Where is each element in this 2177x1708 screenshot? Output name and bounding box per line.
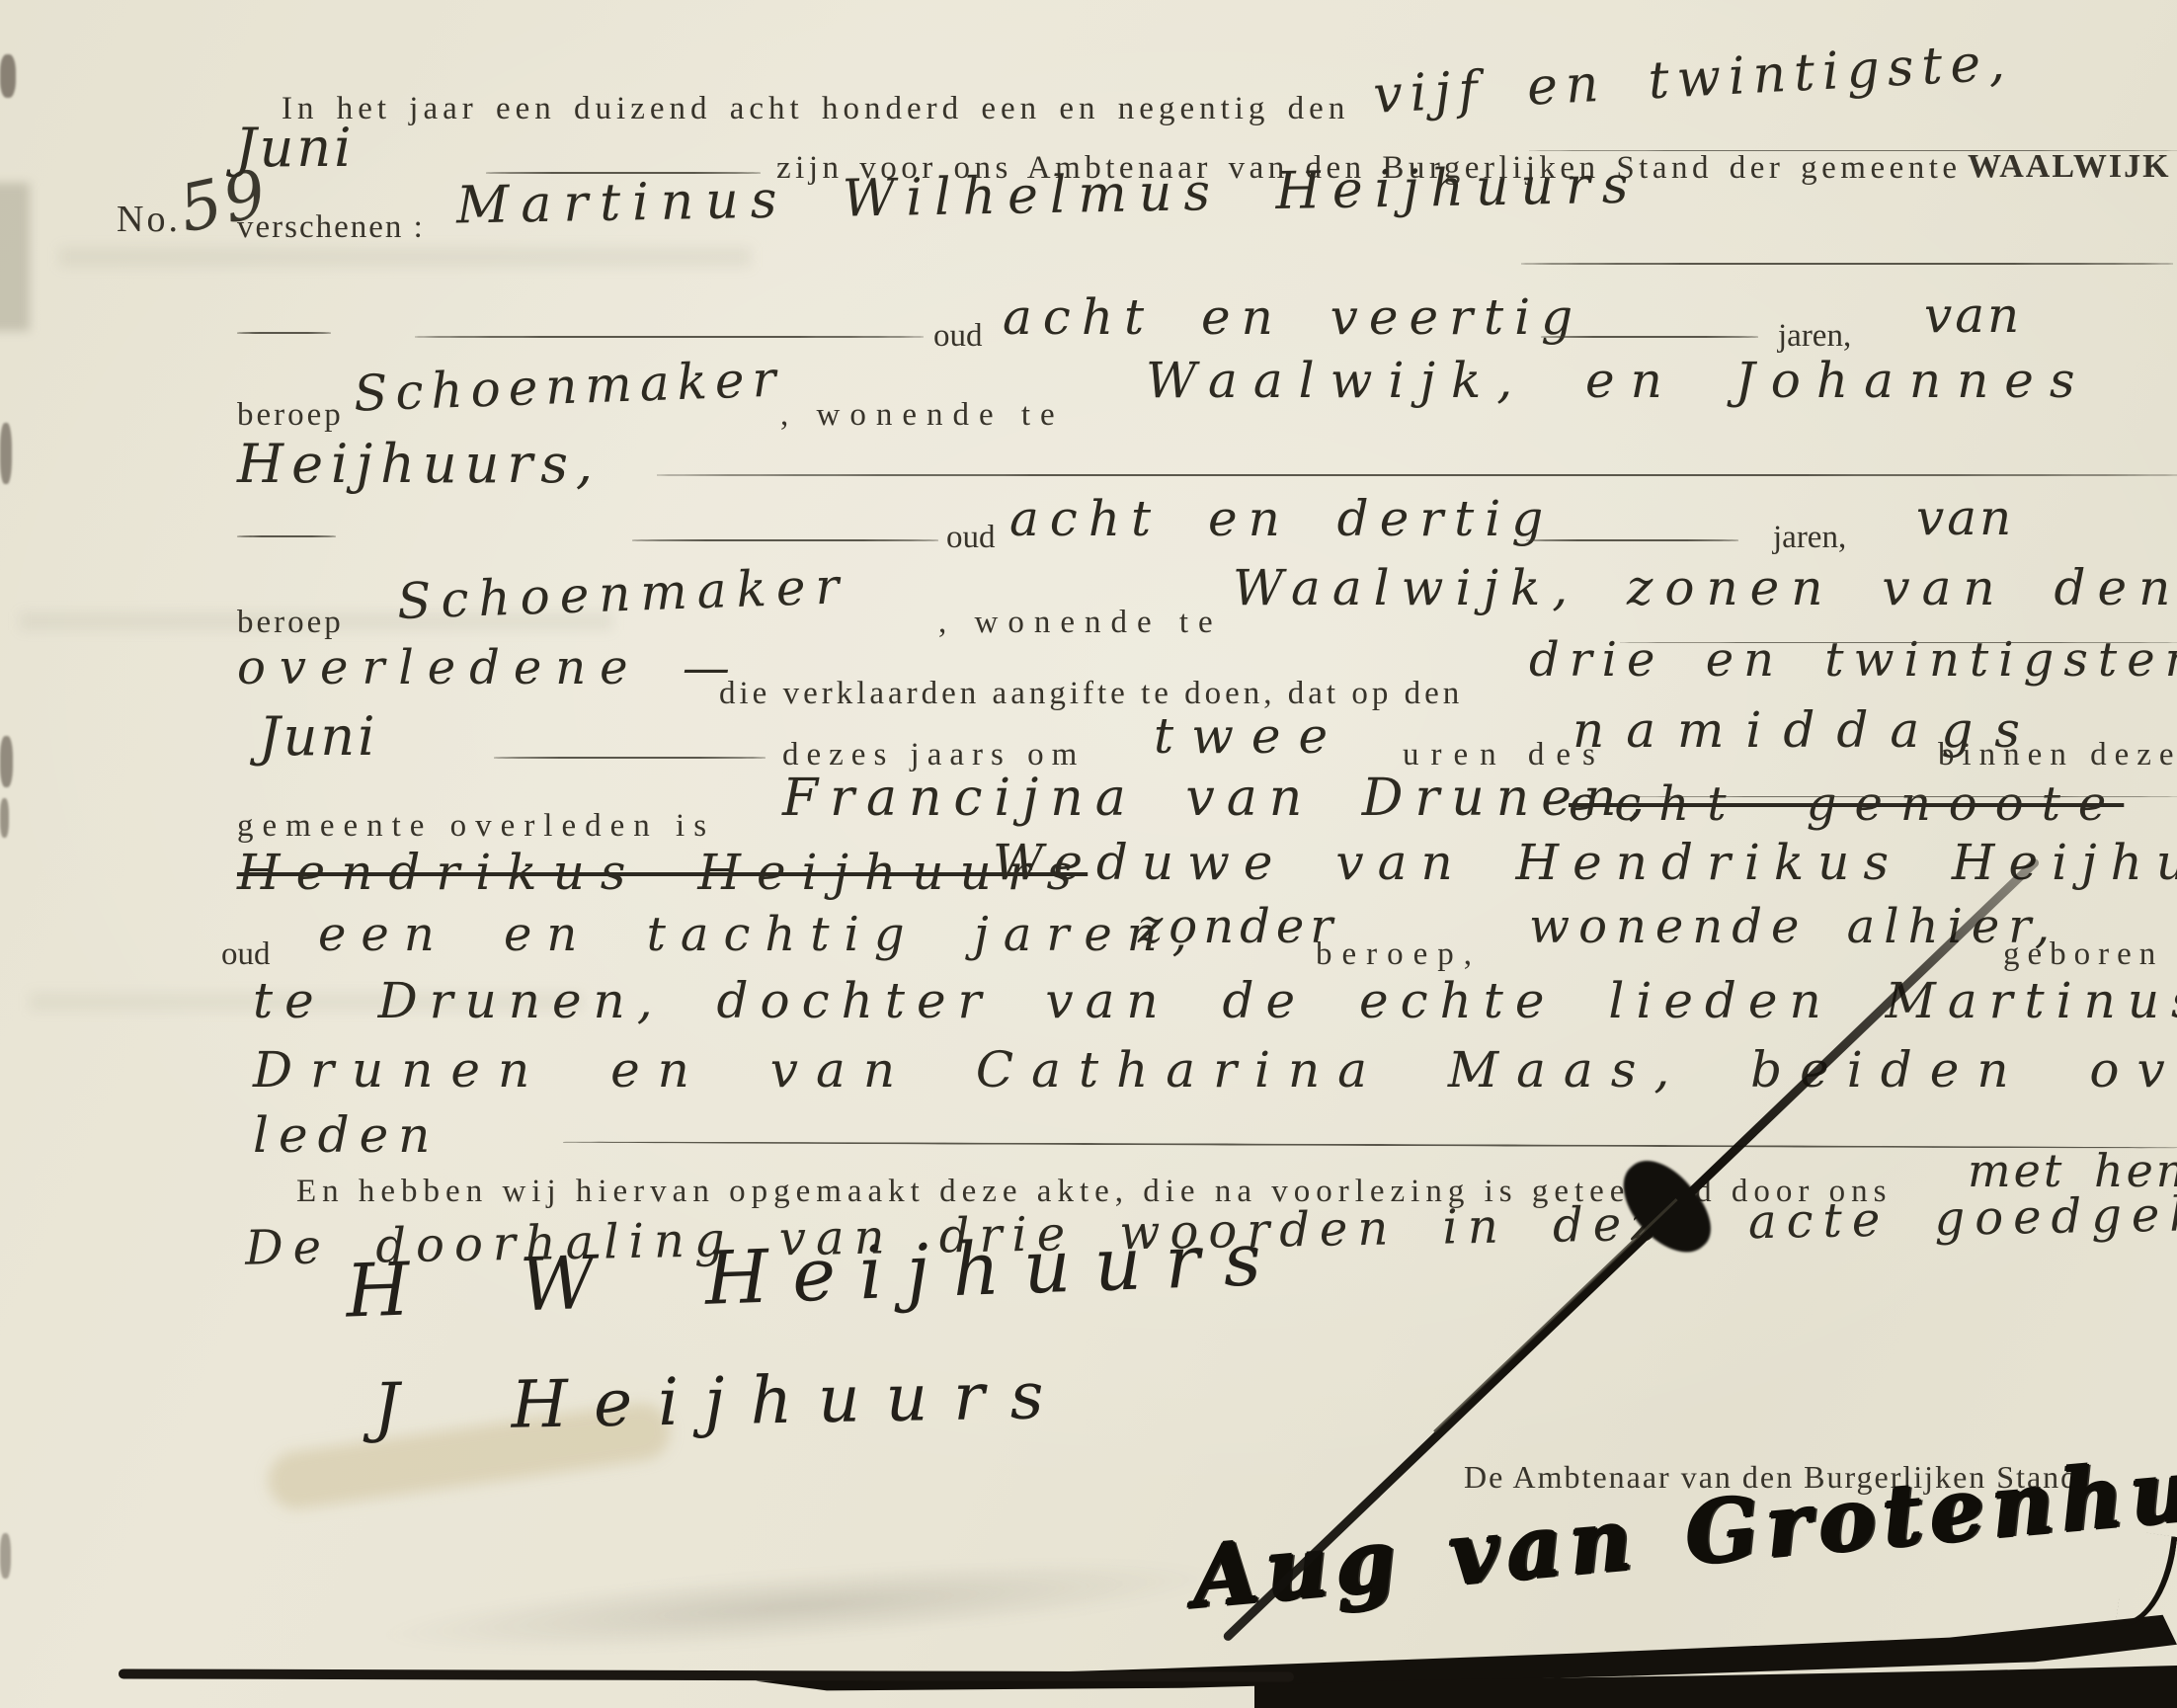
declaration-phrase-printed: die verklaarden aangifte te doen, dat op… [719, 676, 1463, 712]
month-written: Juni [235, 117, 354, 179]
fill-line [563, 1141, 2177, 1149]
death-day-written: drie en twintigsten [1529, 632, 2177, 688]
age-label-printed: oud [933, 318, 983, 355]
widow-phrase-written: Weduwe van Hendrikus Heijhuurs [993, 834, 2177, 891]
age-label-printed: oud [946, 520, 996, 556]
within-this-printed: binnen deze [1938, 737, 2177, 773]
death-month-written: Juni [259, 705, 377, 768]
deceased-age-written: een en tachtig jaren, [318, 907, 1202, 962]
declarant2-signature: J Heijhuurs [372, 1357, 1070, 1445]
deceased-suffix-written: leden [253, 1106, 440, 1164]
residing-label-printed: , wonende te [938, 605, 1223, 641]
occupation-label-printed: beroep [237, 397, 344, 434]
death-certificate-page: No. 59 In het jaar een duizend acht hond… [0, 0, 2177, 1708]
declarant2-age-written: acht en dertig [1009, 490, 1554, 547]
ink-speck [0, 1533, 11, 1579]
years-label-printed: jaren, [1778, 318, 1851, 355]
ink-speck [0, 798, 9, 838]
bottom-edge-line [119, 1668, 1294, 1681]
born-label-printed: geboren [2003, 936, 2163, 973]
of-written: van [1924, 286, 2022, 344]
fill-line [415, 336, 924, 338]
occupation-label-printed: beroep [237, 605, 344, 641]
declarant2-occupation-written: Schoenmaker [396, 557, 849, 630]
fill-line [1521, 263, 2173, 265]
occupation-label-printed: beroep, [1316, 936, 1482, 973]
municipality-name: WAALWIJK [1968, 148, 2171, 186]
fill-line [237, 535, 336, 537]
death-hour-written: twee [1154, 707, 1345, 765]
bleedthrough-smudge [0, 183, 30, 331]
age-label-printed: oud [221, 936, 271, 973]
declarant1-residence-written: Waalwijk, en Johannes [1146, 352, 2091, 409]
of-written: van [1916, 489, 2014, 546]
declarant2-surname-written: Heijhuurs, [237, 433, 601, 495]
ink-speck [0, 736, 13, 787]
fill-line [657, 474, 2177, 476]
residing-label-printed: , wonende te [780, 397, 1065, 434]
act-number-label: No. [117, 198, 181, 241]
struck-name-written: Hendrikus Heijhuurs [237, 844, 1088, 901]
deceased-label-printed: gemeente overleden is [237, 808, 715, 845]
year-phrase-printed: In het jaar een duizend acht honderd een… [282, 91, 1349, 127]
declarant1-occupation-written: Schoenmaker [353, 350, 784, 422]
years-label-printed: jaren, [1773, 520, 1846, 556]
paper-smudge [374, 1541, 1227, 1671]
without-written: zonder [1138, 899, 1338, 954]
declarant1-name-written: Martinus Wilhelmus Heijhuurs [456, 156, 1641, 236]
appeared-label-printed: verschenen : [237, 209, 425, 246]
parents-names-written: Drunen en van Catharina Maas, beiden ove… [253, 1041, 2177, 1098]
declarant1-age-written: acht en veertig [1003, 288, 1583, 346]
fill-line [494, 757, 766, 759]
paper-smudge [59, 247, 751, 267]
ink-speck [0, 54, 16, 98]
fill-line [1526, 539, 1738, 541]
fill-line [1541, 336, 1758, 338]
declarant2-residence-written: Waalwijk, zonen van den [1233, 559, 2177, 616]
ink-speck [0, 423, 12, 484]
fill-line [632, 539, 938, 541]
deceased-relation-written: overledene — [237, 640, 744, 695]
deceased-residence-written: wonende alhier, [1529, 899, 2058, 954]
deceased-name-written: Francijna van Drunen, [782, 769, 1656, 828]
fill-line [237, 332, 331, 334]
death-report-day-written: vijf en twintigste, [1372, 33, 2014, 125]
struck-words-written: echt genoote [1569, 776, 2124, 832]
